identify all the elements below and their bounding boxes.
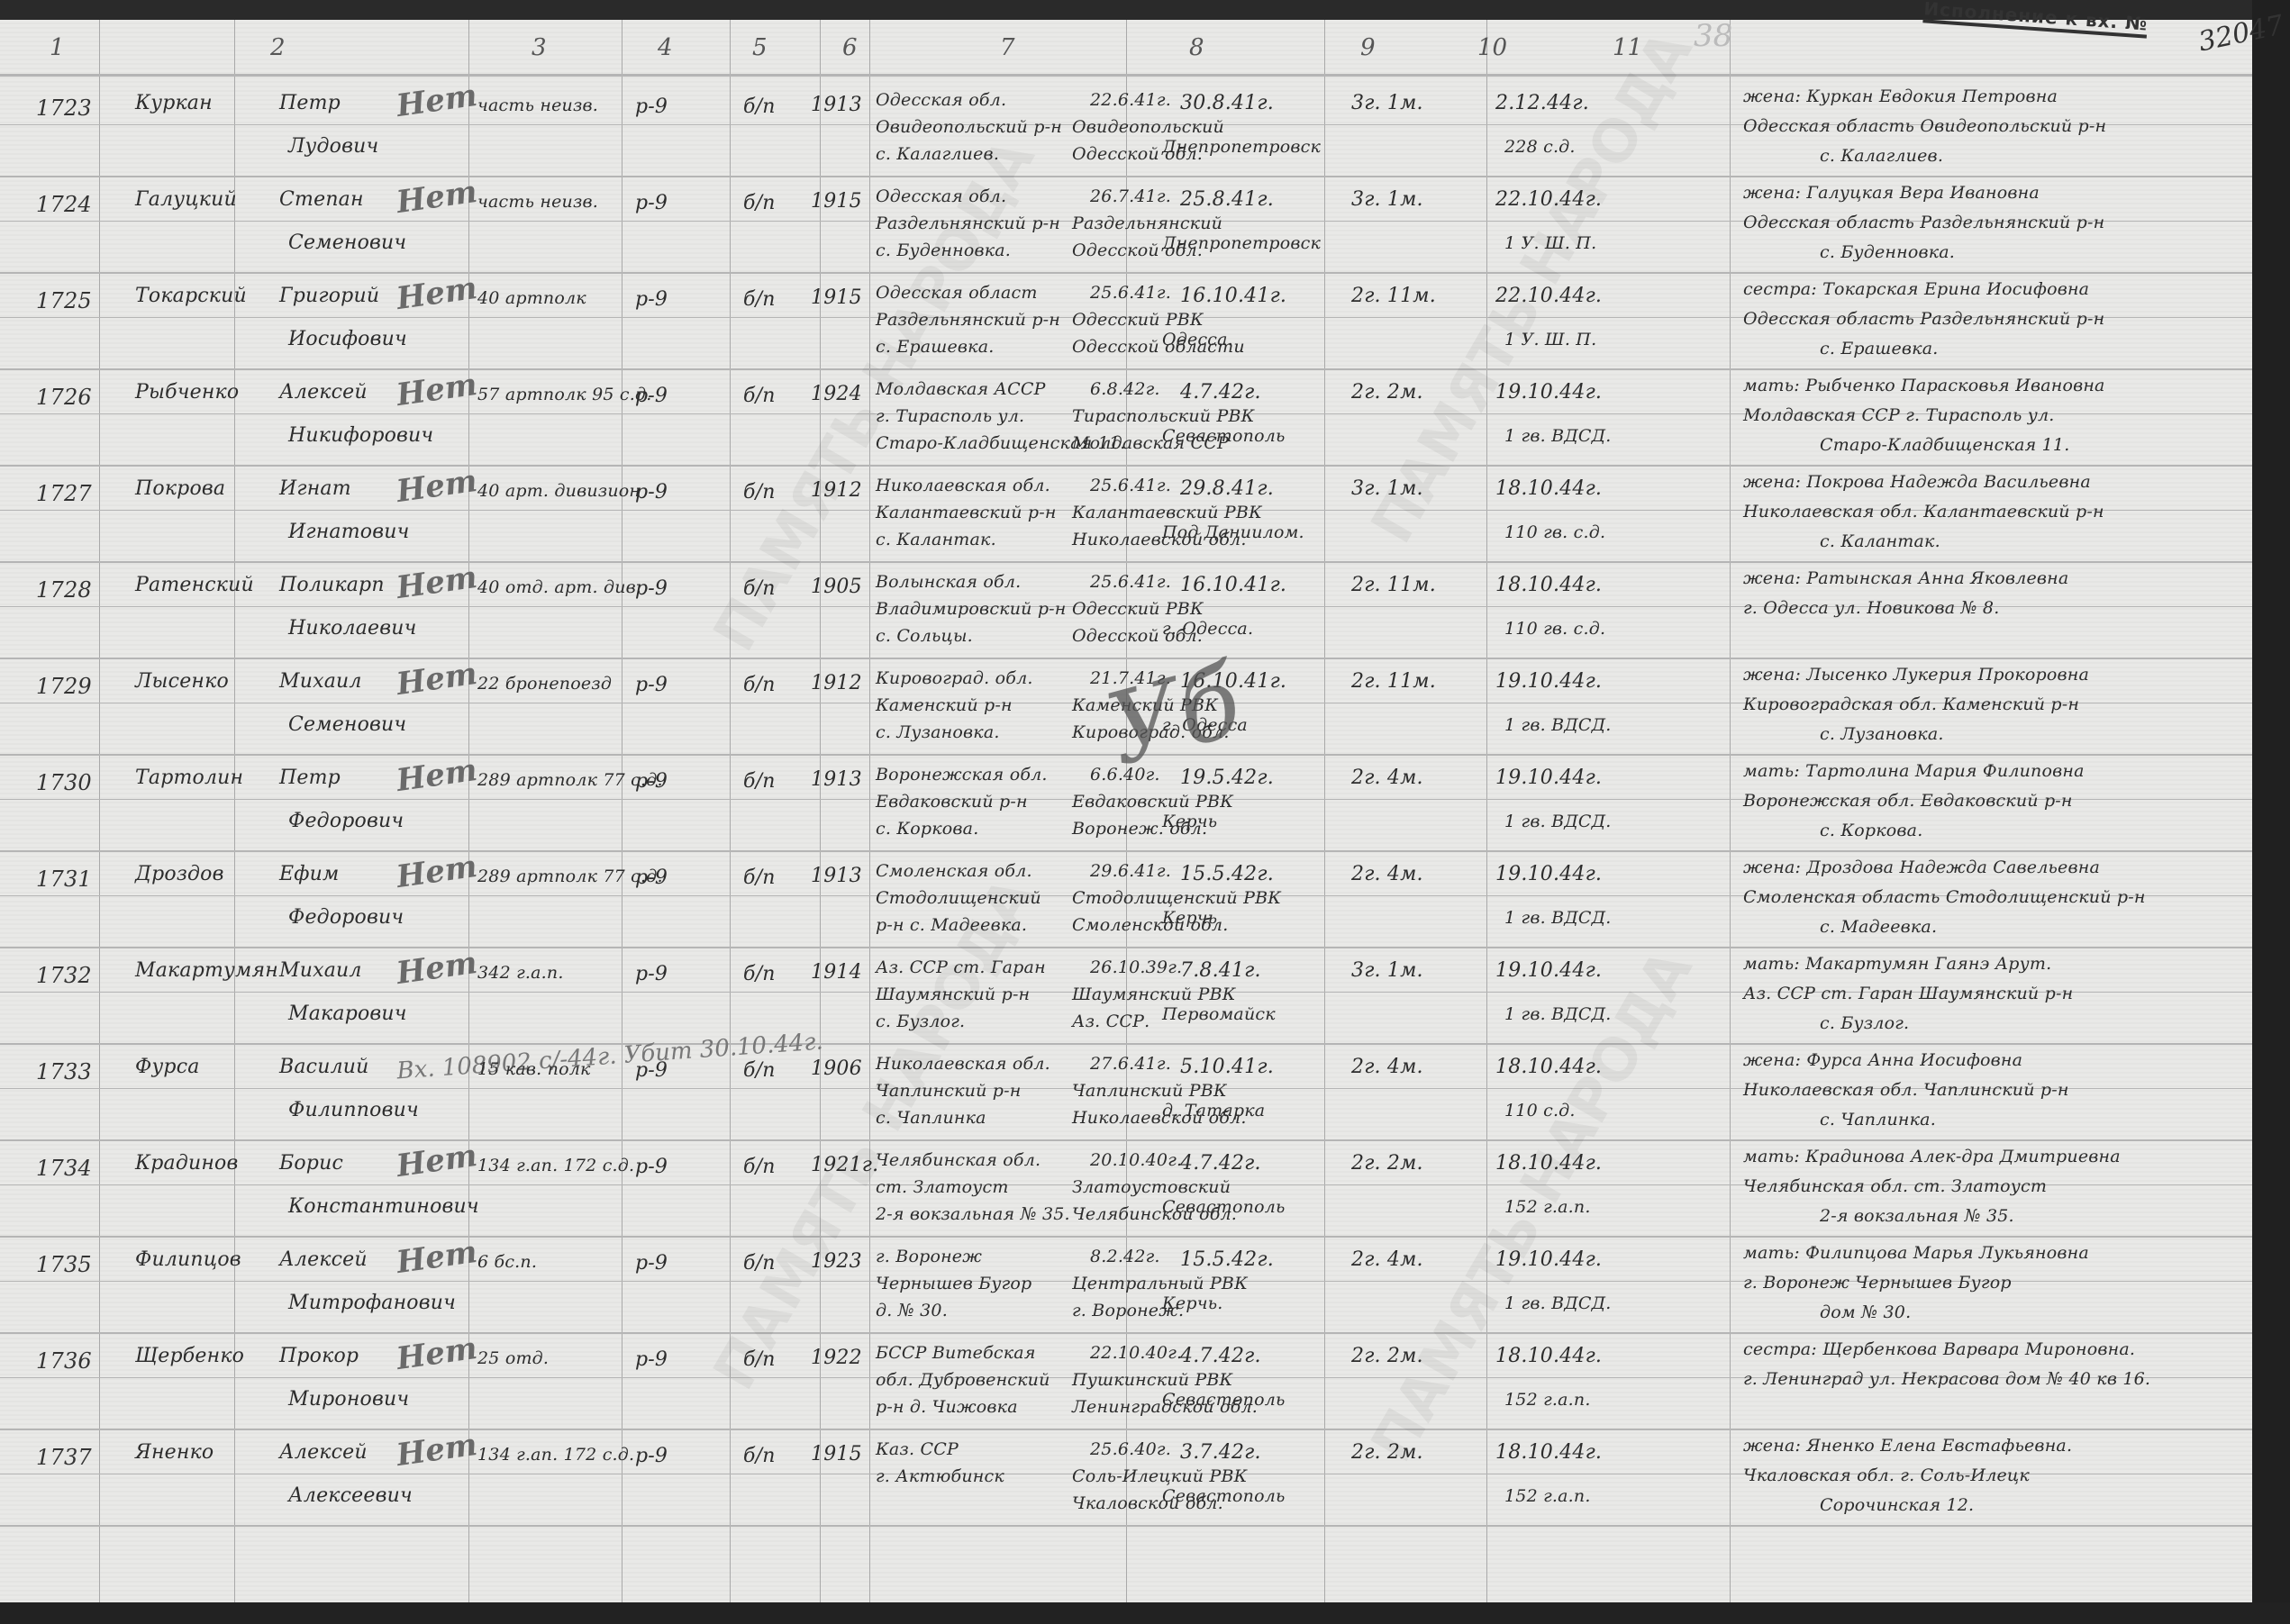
relative-line: жена: Куркан Евдокия Петровна: [1743, 86, 2058, 106]
rank: р-9: [635, 1059, 668, 1082]
military-unit: 134 г.ап. 172 с.д.: [477, 1156, 634, 1175]
conscription-line: Одесский РВК: [1072, 310, 1204, 330]
pencil-mark: Нет: [395, 1138, 479, 1184]
service-length: 2г. 4м.: [1351, 767, 1423, 789]
relative-line: Смоленская область Стодолищенский р-н: [1743, 887, 2146, 907]
column-number: 3: [532, 34, 547, 61]
service-length: 2г. 11м.: [1351, 670, 1436, 693]
notice-unit: 1 гв. ВДСД.: [1504, 908, 1612, 928]
relative-line: с. Коркова.: [1820, 821, 1922, 840]
birth-year: 1914: [811, 961, 862, 984]
relative-line: Одесская область Овидеопольский р-н: [1743, 116, 2106, 136]
relative-line: с. Чаплинка.: [1820, 1110, 1936, 1130]
surname: Рыбченко: [135, 381, 239, 404]
notice-date: 19.10.44г.: [1495, 767, 1602, 789]
conscription-line: 25.6.41г.: [1090, 476, 1171, 495]
pencil-mark: Нет: [395, 559, 479, 606]
record-number: 1736: [36, 1348, 92, 1374]
row-rule: [0, 850, 2252, 852]
place-of-death: Первомайск: [1162, 1004, 1276, 1024]
party-status: б/п: [743, 674, 776, 696]
relative-line: мать: Тартолина Мария Филиповна: [1743, 761, 2085, 781]
first-name: Петр: [279, 767, 341, 789]
place-of-death: Днепропетровск: [1162, 137, 1321, 157]
military-unit: 40 отд. арт. див.: [477, 577, 641, 597]
rank: р-9: [635, 288, 668, 311]
record-number: 1734: [36, 1156, 92, 1181]
record-number: 1724: [36, 192, 92, 217]
relative-line: с. Калантак.: [1820, 531, 1940, 551]
birthplace-line: Каменский р-н: [876, 695, 1013, 715]
conscription-line: Аз. ССР.: [1072, 1012, 1150, 1031]
notice-unit: 110 гв. с.д.: [1504, 619, 1605, 639]
notice-date: 2.12.44г.: [1495, 92, 1589, 114]
first-name: Степан: [279, 188, 364, 211]
conscription-line: 26.10.39г.: [1090, 957, 1182, 977]
column-number: 7: [1000, 34, 1015, 61]
patronymic: Филиппович: [288, 1099, 419, 1121]
first-name: Борис: [279, 1152, 343, 1175]
relative-line: с. Калаглиев.: [1820, 146, 1943, 166]
birth-year: 1913: [811, 768, 862, 791]
pencil-mark: Нет: [395, 945, 479, 992]
surname: Токарский: [135, 285, 247, 307]
date-of-death: 4.7.42г.: [1180, 381, 1261, 404]
relative-line: мать: Рыбченко Парасковья Ивановна: [1743, 376, 2105, 395]
relative-line: дом № 30.: [1820, 1302, 1911, 1322]
patronymic: Никифорович: [288, 424, 433, 447]
party-status: б/п: [743, 95, 776, 118]
military-unit: часть неизв.: [477, 192, 598, 212]
column-number: 6: [842, 34, 858, 61]
patronymic: Семенович: [288, 713, 406, 736]
party-status: б/п: [743, 192, 776, 214]
birthplace-line: Кировоград. обл.: [876, 668, 1033, 688]
relative-line: Чкаловская обл. г. Соль-Илецк: [1743, 1465, 2030, 1485]
patronymic: Федорович: [288, 906, 404, 929]
party-status: б/п: [743, 288, 776, 311]
first-name: Михаил: [279, 670, 362, 693]
conscription-line: 26.7.41г.: [1090, 186, 1171, 206]
relative-line: жена: Галуцкая Вера Ивановна: [1743, 183, 2040, 203]
first-name: Алексей: [279, 1441, 368, 1464]
conscription-line: 29.6.41г.: [1090, 861, 1171, 881]
page-number: 38: [1694, 18, 1732, 54]
relative-line: мать: Крадинова Алек-дра Дмитриевна: [1743, 1147, 2121, 1166]
record-number: 1732: [36, 963, 92, 988]
row-rule: [0, 368, 2252, 370]
scan-border-bottom: [0, 1602, 2290, 1624]
military-unit: 6 бс.п.: [477, 1252, 537, 1272]
birth-year: 1922: [811, 1347, 862, 1369]
relative-line: Старо-Кладбищенская 11.: [1820, 435, 2069, 455]
pencil-mark: Нет: [395, 656, 479, 703]
notice-unit: 152 г.а.п.: [1504, 1390, 1591, 1410]
row-rule: [0, 561, 2252, 563]
notice-date: 18.10.44г.: [1495, 1441, 1602, 1464]
birthplace-line: обл. Дубровенский: [876, 1370, 1050, 1390]
conscription-line: Овидеопольский: [1072, 117, 1224, 137]
birthplace-line: Одесская обл.: [876, 90, 1006, 110]
surname: Макартумян: [135, 959, 278, 982]
relative-line: Сорочинская 12.: [1820, 1495, 1974, 1515]
rank: р-9: [635, 770, 668, 793]
notice-unit: 152 г.а.п.: [1504, 1486, 1591, 1506]
party-status: б/п: [743, 866, 776, 889]
place-of-death: Керчь: [1162, 812, 1217, 831]
military-unit: 15 кав. полк: [477, 1059, 591, 1079]
pencil-mark: Нет: [395, 270, 479, 317]
date-of-death: 19.5.42г.: [1180, 767, 1274, 789]
birthplace-line: с. Лузановка.: [876, 722, 1000, 742]
conscription-line: 22.6.41г.: [1090, 90, 1171, 110]
date-of-death: 16.10.41г.: [1180, 574, 1286, 596]
date-of-death: 30.8.41г.: [1180, 92, 1274, 114]
birth-year: 1915: [811, 286, 862, 309]
notice-date: 19.10.44г.: [1495, 670, 1602, 693]
conscription-line: Стодолищенский РВК: [1072, 888, 1281, 908]
relative-line: с. Бузлог.: [1820, 1013, 1909, 1033]
surname: Дроздов: [135, 863, 224, 885]
relative-line: Одесская область Раздельнянский р-н: [1743, 213, 2104, 232]
relative-line: жена: Лысенко Лукерия Прокоровна: [1743, 665, 2089, 685]
rank: р-9: [635, 1348, 668, 1371]
birthplace-line: с. Сольцы.: [876, 626, 973, 646]
rank: р-9: [635, 481, 668, 504]
column-number: 2: [270, 34, 286, 61]
patronymic: Миронович: [288, 1388, 409, 1411]
conscription-line: 25.6.41г.: [1090, 572, 1171, 592]
first-name: Алексей: [279, 381, 368, 404]
place-of-death: Севастополь: [1162, 426, 1286, 446]
rank: р-9: [635, 192, 668, 214]
column-rule: [234, 20, 235, 1605]
relative-line: с. Мадеевка.: [1820, 917, 1937, 937]
birthplace-line: Николаевская обл.: [876, 476, 1050, 495]
record-number: 1730: [36, 770, 92, 795]
conscription-line: Раздельнянский: [1072, 213, 1222, 233]
service-length: 3г. 1м.: [1351, 188, 1423, 211]
pencil-mark: Нет: [395, 752, 479, 799]
birthplace-line: 2-я вокзальная № 35.: [876, 1204, 1070, 1224]
row-rule: [0, 176, 2252, 177]
record-number: 1735: [36, 1252, 92, 1277]
surname: Куркан: [135, 92, 213, 114]
record-number: 1725: [36, 288, 92, 313]
relative-line: Воронежская обл. Евдаковский р-н: [1743, 791, 2073, 811]
service-length: 2г. 2м.: [1351, 1152, 1423, 1175]
rank: р-9: [635, 674, 668, 696]
column-number: 1: [50, 34, 65, 61]
relative-line: г. Воронеж Чернышев Бугор: [1743, 1273, 2012, 1293]
date-of-death: 16.10.41г.: [1180, 285, 1286, 307]
birth-year: 1915: [811, 190, 862, 213]
rank: р-9: [635, 95, 668, 118]
birthplace-line: БССР Витебская: [876, 1343, 1036, 1363]
patronymic: Николаевич: [288, 617, 417, 640]
military-unit: 22 бронепоезд: [477, 674, 612, 694]
column-rule: [1486, 20, 1487, 1605]
party-status: б/п: [743, 963, 776, 985]
column-number: 9: [1360, 34, 1376, 61]
first-name: Поликарп: [279, 574, 385, 596]
birth-year: 1912: [811, 672, 862, 694]
military-unit: 134 г.ап. 172 с.д.: [477, 1445, 634, 1465]
date-of-death: 3.7.42г.: [1180, 1441, 1261, 1464]
birthplace-line: р-н д. Чижовка: [876, 1397, 1018, 1417]
patronymic: Федорович: [288, 810, 404, 832]
birthplace-line: Воронежская обл.: [876, 765, 1048, 785]
first-name: Алексей: [279, 1248, 368, 1271]
service-length: 2г. 4м.: [1351, 1248, 1423, 1271]
relative-line: жена: Ратынская Анна Яковлевна: [1743, 568, 2068, 588]
birthplace-line: г. Актюбинск: [876, 1466, 1004, 1486]
relative-line: жена: Фурса Анна Иосифовна: [1743, 1050, 2022, 1070]
birthplace-line: Овидеопольский р-н: [876, 117, 1062, 137]
patronymic: Семенович: [288, 231, 406, 254]
conscription-line: Центральный РВК: [1072, 1274, 1248, 1293]
notice-date: 19.10.44г.: [1495, 959, 1602, 982]
service-length: 3г. 1м.: [1351, 92, 1423, 114]
surname: Крадинов: [135, 1152, 238, 1175]
conscription-line: 22.10.40г.: [1090, 1343, 1182, 1363]
notice-unit: 1 гв. ВДСД.: [1504, 812, 1612, 831]
record-number: 1727: [36, 481, 92, 506]
notice-unit: 1 гв. ВДСД.: [1504, 1004, 1612, 1024]
date-of-death: 7.8.41г.: [1180, 959, 1261, 982]
column-number: 8: [1189, 34, 1204, 61]
column-rule: [1730, 20, 1731, 1605]
date-of-death: 25.8.41г.: [1180, 188, 1274, 211]
column-number: 10: [1477, 34, 1507, 61]
military-unit: 57 артполк 95 с.д.: [477, 385, 651, 404]
military-unit: 40 артполк: [477, 288, 586, 308]
relative-line: жена: Покрова Надежда Васильевна: [1743, 472, 2091, 492]
conscription-line: Евдаковский РВК: [1072, 792, 1233, 812]
conscription-line: Калантаевский РВК: [1072, 503, 1262, 522]
rank: р-9: [635, 385, 668, 407]
place-of-death: Днепропетровск: [1162, 233, 1321, 253]
birth-year: 1913: [811, 865, 862, 887]
pencil-mark: Нет: [395, 1427, 479, 1474]
relative-line: с. Ерашевка.: [1820, 339, 1939, 358]
birth-year: 1905: [811, 576, 862, 598]
place-of-death: Севастополь: [1162, 1486, 1286, 1506]
patronymic: Макарович: [288, 1003, 407, 1025]
record-number: 1723: [36, 95, 92, 121]
scan-border-right: [2252, 0, 2290, 1624]
rank: р-9: [635, 577, 668, 600]
row-rule: [0, 947, 2252, 948]
relative-line: Аз. ССР ст. Гаран Шаумянский р-н: [1743, 984, 2073, 1003]
place-of-death: Севастополь: [1162, 1390, 1286, 1410]
relative-line: Одесская область Раздельнянский р-н: [1743, 309, 2104, 329]
patronymic: Алексеевич: [288, 1484, 413, 1507]
row-rule: [0, 465, 2252, 467]
birthplace-line: д. № 30.: [876, 1301, 948, 1320]
birthplace-line: Каз. ССР: [876, 1439, 959, 1459]
conscription-line: Златоустовский: [1072, 1177, 1231, 1197]
surname: Лысенко: [135, 670, 229, 693]
notice-unit: 1 гв. ВДСД.: [1504, 1293, 1612, 1313]
date-of-death: 4.7.42г.: [1180, 1345, 1261, 1367]
surname: Щербенко: [135, 1345, 244, 1367]
conscription-line: 25.6.41г.: [1090, 283, 1171, 303]
place-of-death: Одесса.: [1162, 330, 1233, 349]
column-rule: [1324, 20, 1325, 1605]
relative-line: сестра: Щербенкова Варвара Мироновна.: [1743, 1339, 2135, 1359]
notice-unit: 1 гв. ВДСД.: [1504, 426, 1612, 446]
relative-line: Челябинская обл. ст. Златоуст: [1743, 1176, 2047, 1196]
conscription-line: 27.6.41г.: [1090, 1054, 1171, 1074]
patronymic: Игнатович: [288, 521, 409, 543]
relative-line: Николаевская обл. Калантаевский р-н: [1743, 502, 2104, 522]
military-unit: 25 отд.: [477, 1348, 549, 1368]
rank: р-9: [635, 1445, 668, 1467]
first-name: Михаил: [279, 959, 362, 982]
record-number: 1731: [36, 866, 92, 892]
row-rule: [0, 272, 2252, 274]
relative-line: г. Ленинград ул. Некрасова дом № 40 кв 1…: [1743, 1369, 2150, 1389]
relative-line: жена: Яненко Елена Евстафьевна.: [1743, 1436, 2072, 1456]
rank: р-9: [635, 866, 668, 889]
surname: Тартолин: [135, 767, 243, 789]
service-length: 2г. 11м.: [1351, 574, 1436, 596]
column-rule: [99, 20, 100, 1605]
first-name: Ефим: [279, 863, 340, 885]
first-name: Прокор: [279, 1345, 359, 1367]
surname: Ратенский: [135, 574, 254, 596]
party-status: б/п: [743, 1059, 776, 1082]
row-rule: [0, 1332, 2252, 1334]
date-of-death: 29.8.41г.: [1180, 477, 1274, 500]
service-length: 2г. 11м.: [1351, 285, 1436, 307]
record-number: 1729: [36, 674, 92, 699]
header-rule: [0, 74, 2252, 77]
party-status: б/п: [743, 1445, 776, 1467]
birthplace-line: Владимировский р-н: [876, 599, 1067, 619]
birthplace-line: Евдаковский р-н: [876, 792, 1028, 812]
patronymic: Константинович: [288, 1195, 479, 1218]
birthplace-line: с. Калантак.: [876, 530, 996, 549]
date-of-death: 4.7.42г.: [1180, 1152, 1261, 1175]
relative-line: мать: Макартумян Гаянэ Арут.: [1743, 954, 2051, 974]
rank: р-9: [635, 1252, 668, 1275]
place-of-death: г. Одесса.: [1162, 619, 1253, 639]
military-unit: 40 арт. дивизион: [477, 481, 641, 501]
date-of-death: 5.10.41г.: [1180, 1056, 1274, 1078]
record-number: 1726: [36, 385, 92, 410]
service-length: 3г. 1м.: [1351, 959, 1423, 982]
relative-line: г. Одесса ул. Новикова № 8.: [1743, 598, 1999, 618]
conscription-line: Чаплинский РВК: [1072, 1081, 1227, 1101]
surname: Фурса: [135, 1056, 200, 1078]
row-rule: [0, 658, 2252, 659]
relative-line: Молдавская ССР г. Тирасполь ул.: [1743, 405, 2055, 425]
relative-line: с. Лузановка.: [1820, 724, 1944, 744]
conscription-line: Тираспольский РВК: [1072, 406, 1255, 426]
place-of-death: Керчь: [1162, 908, 1217, 928]
date-of-death: 15.5.42г.: [1180, 863, 1274, 885]
patronymic: Лудович: [288, 135, 378, 158]
party-status: б/п: [743, 770, 776, 793]
military-unit: 342 г.а.п.: [477, 963, 564, 983]
row-rule: [0, 1525, 2252, 1527]
pencil-mark: Нет: [395, 174, 479, 221]
rank: р-9: [635, 1156, 668, 1178]
birth-year: 1906: [811, 1057, 862, 1080]
notice-date: 19.10.44г.: [1495, 863, 1602, 885]
birth-year: 1913: [811, 94, 862, 116]
relative-line: сестра: Токарская Ерина Иосифовна: [1743, 279, 2089, 299]
birthplace-line: ст. Златоуст: [876, 1177, 1009, 1197]
place-of-death: Под Даниилом.: [1162, 522, 1304, 542]
relative-line: мать: Филипцова Марья Лукьяновна: [1743, 1243, 2089, 1263]
surname: Галуцкий: [135, 188, 237, 211]
notice-unit: 228 с.д.: [1504, 137, 1576, 157]
first-name: Григорий: [279, 285, 379, 307]
birthplace-line: Чернышев Бугор: [876, 1274, 1031, 1293]
birthplace-line: Волынская обл.: [876, 572, 1021, 592]
conscription-line: 6.8.42г.: [1090, 379, 1160, 399]
party-status: б/п: [743, 481, 776, 504]
pencil-mark: Нет: [395, 367, 479, 413]
relative-line: с. Буденновка.: [1820, 242, 1955, 262]
party-status: б/п: [743, 1156, 776, 1178]
service-length: 2г. 4м.: [1351, 1056, 1423, 1078]
birth-year: 1915: [811, 1443, 862, 1465]
surname: Яненко: [135, 1441, 214, 1464]
pencil-mark: Нет: [395, 463, 479, 510]
notice-date: 18.10.44г.: [1495, 1345, 1602, 1367]
rank: р-9: [635, 963, 668, 985]
pencil-mark: Нет: [395, 848, 479, 895]
surname: Покрова: [135, 477, 225, 500]
first-name: Игнат: [279, 477, 351, 500]
row-rule: [0, 1139, 2252, 1141]
service-length: 2г. 2м.: [1351, 381, 1423, 404]
column-number: 5: [752, 34, 768, 61]
conscription-line: Шаумянский РВК: [1072, 984, 1236, 1004]
relative-line: 2-я вокзальная № 35.: [1820, 1206, 2014, 1226]
first-name: Петр: [279, 92, 341, 114]
pencil-mark: Нет: [395, 1330, 479, 1377]
party-status: б/п: [743, 385, 776, 407]
column-rule: [869, 20, 870, 1605]
conscription-line: Одесский РВК: [1072, 599, 1204, 619]
relative-line: Николаевская обл. Чаплинский р-н: [1743, 1080, 2069, 1100]
record-number: 1737: [36, 1445, 92, 1470]
notice-date: 18.10.44г.: [1495, 477, 1602, 500]
notice-date: 18.10.44г.: [1495, 574, 1602, 596]
row-rule: [0, 1429, 2252, 1430]
birthplace-line: Калантаевский р-н: [876, 503, 1057, 522]
row-rule: [0, 1236, 2252, 1238]
birthplace-line: с. Коркова.: [876, 819, 978, 839]
register-page: 12345678910111723КурканПетрЛудовичНетчас…: [0, 20, 2252, 1605]
column-number: 4: [658, 34, 673, 61]
record-number: 1733: [36, 1059, 92, 1084]
record-number: 1728: [36, 577, 92, 603]
conscription-line: 25.6.40г.: [1090, 1439, 1171, 1459]
conscription-line: Соль-Илецкий РВК: [1072, 1466, 1248, 1486]
relative-line: Кировоградская обл. Каменский р-н: [1743, 694, 2079, 714]
conscription-line: Пушкинский РВК: [1072, 1370, 1232, 1390]
notice-unit: 110 гв. с.д.: [1504, 522, 1605, 542]
place-of-death: Севастополь: [1162, 1197, 1286, 1217]
patronymic: Митрофанович: [288, 1292, 456, 1314]
notice-unit: 1 гв. ВДСД.: [1504, 715, 1612, 735]
